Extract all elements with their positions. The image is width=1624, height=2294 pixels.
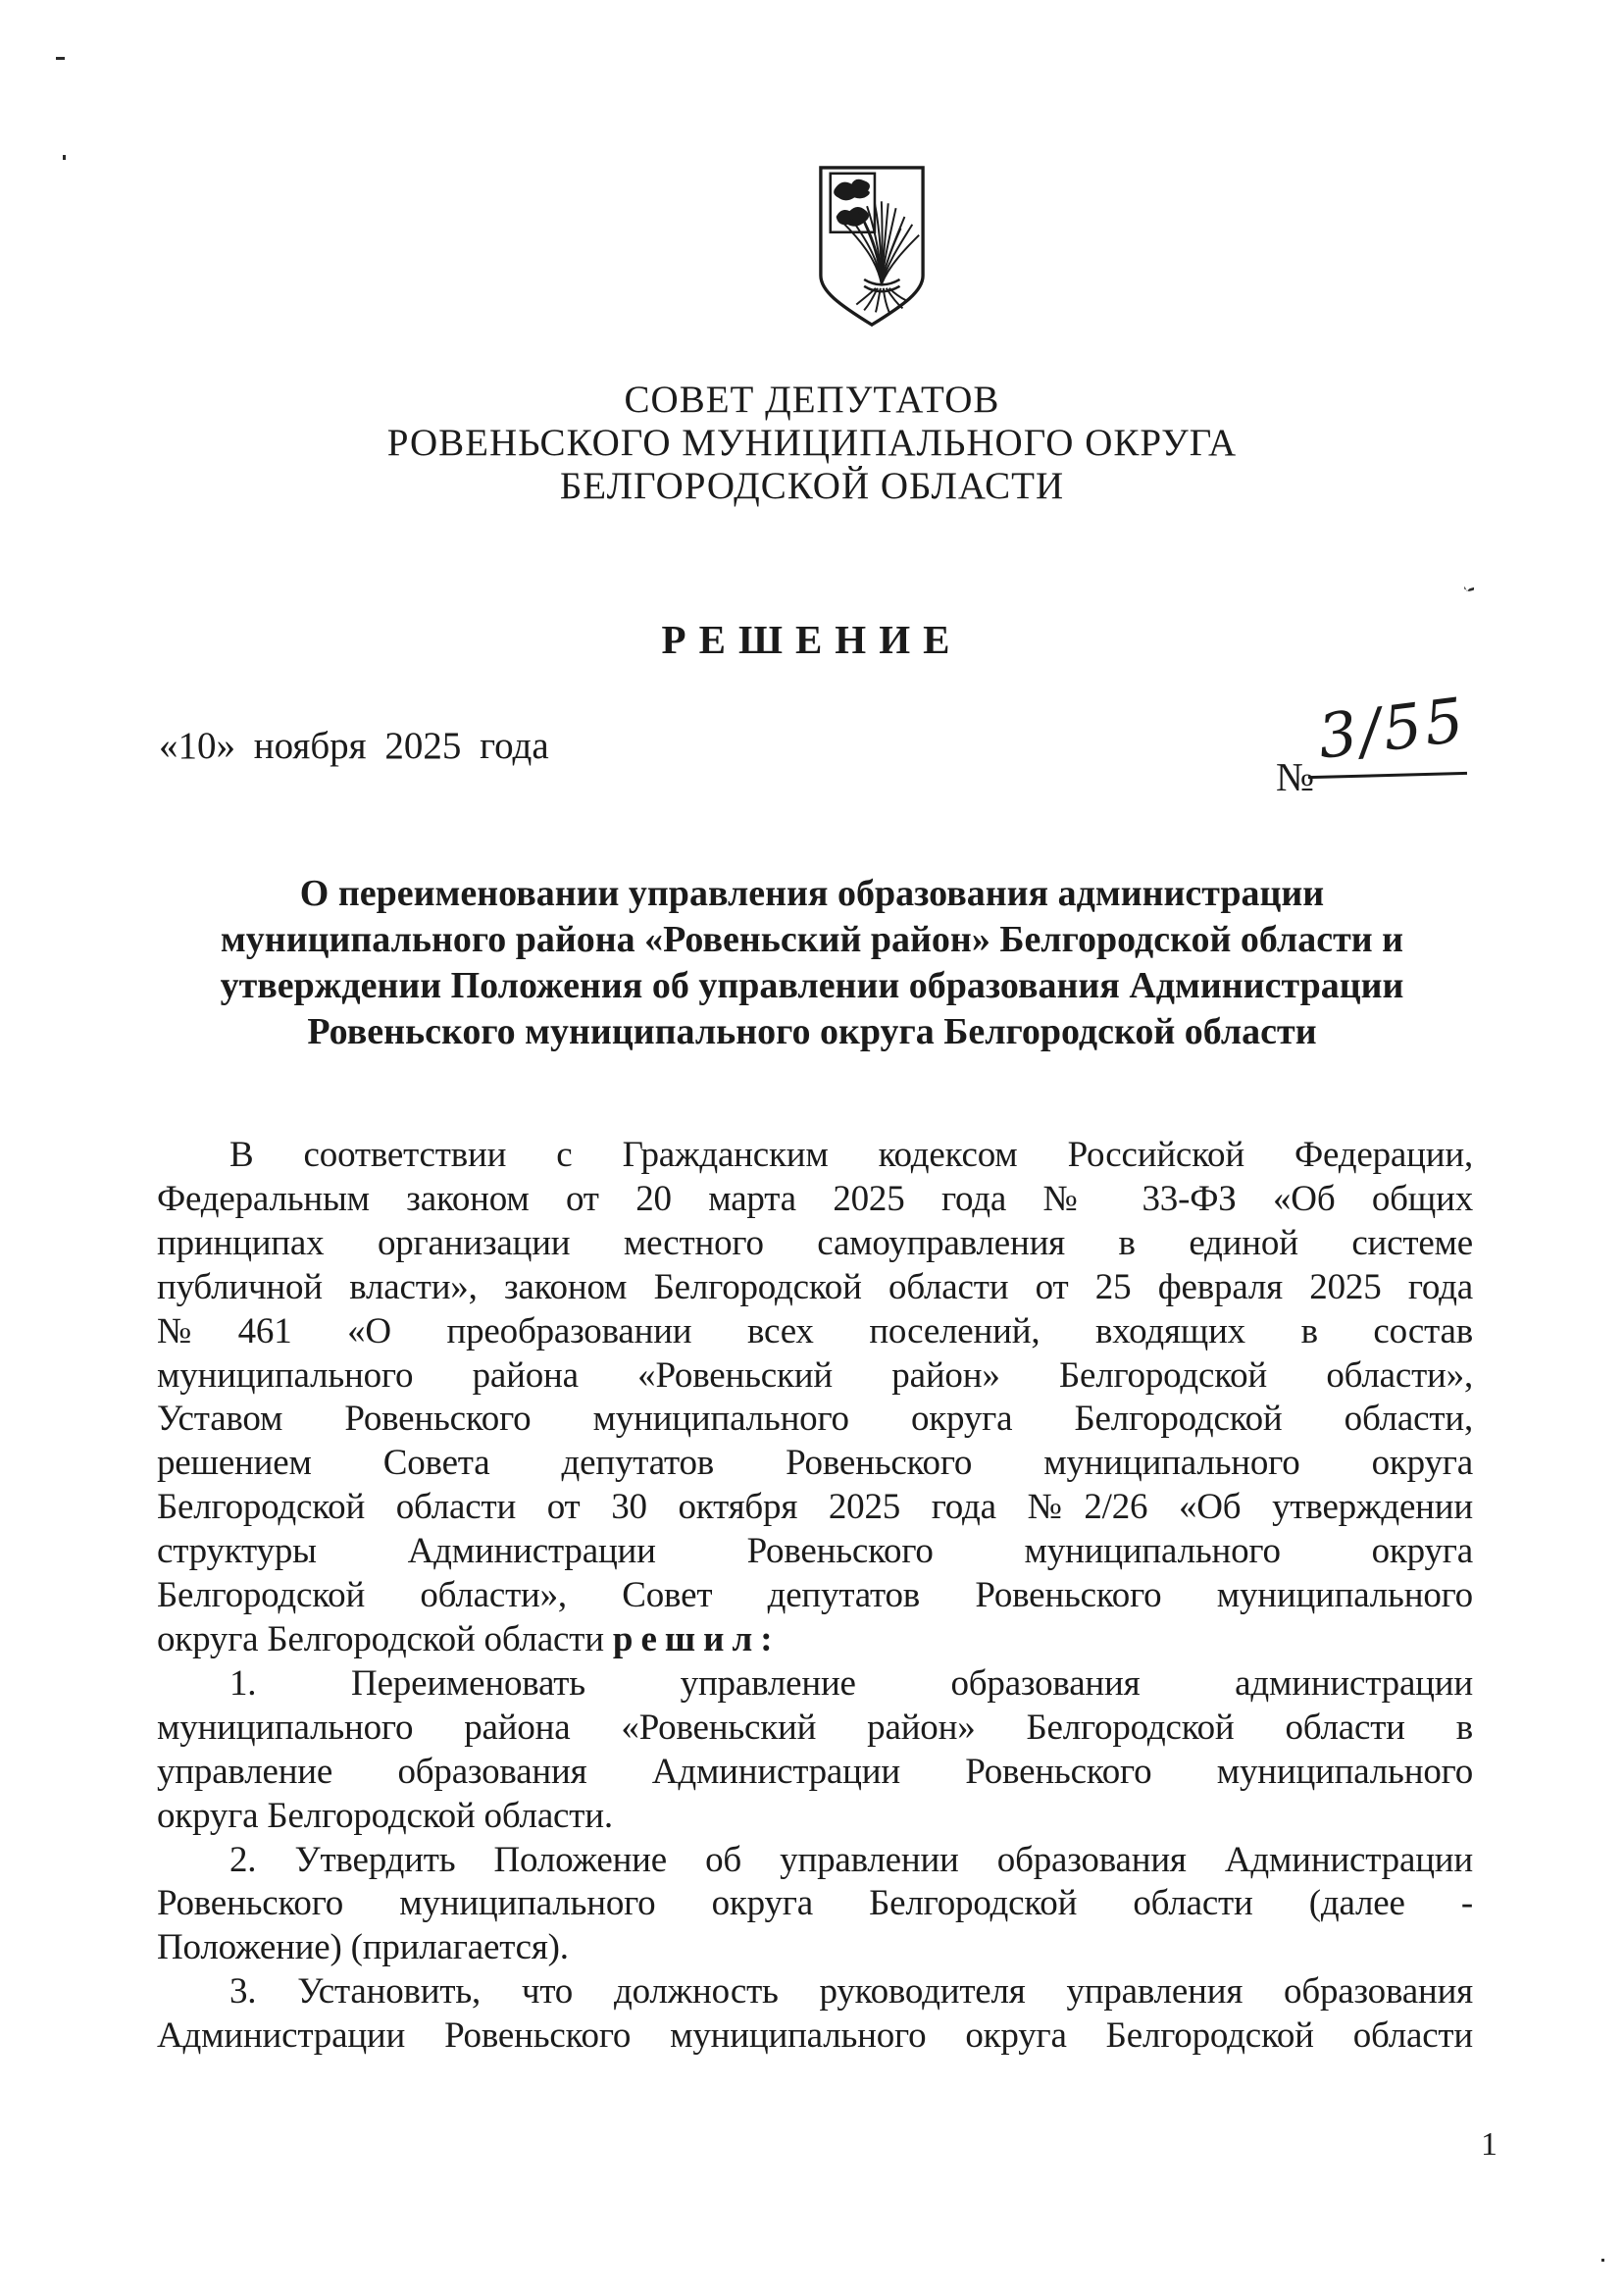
number-handwritten-value: 3/55 [1314, 684, 1470, 773]
scan-speck [63, 155, 66, 160]
resolution-word: решил: [613, 1619, 781, 1659]
body-line: решением Совета депутатов Ровеньского му… [157, 1442, 1473, 1486]
organization-header: СОВЕТ ДЕПУТАТОВ РОВЕНЬСКОГО МУНИЦИПАЛЬНО… [155, 379, 1469, 508]
body-line-item3: 3. Установить, что должность руководител… [157, 1970, 1473, 2014]
page-number: 1 [1481, 2126, 1497, 2164]
org-name-line-3: БЕЛГОРОДСКОЙ ОБЛАСТИ [155, 465, 1469, 508]
resolution-lead-text: округа Белгородской области [157, 1619, 613, 1659]
document-type-heading: РЕШЕНИЕ [155, 616, 1469, 663]
body-line: управление образования Администрации Ров… [157, 1751, 1473, 1795]
body-line: Положение) (прилагается). [157, 1926, 1473, 1970]
body-line: Белгородской области», Совет депутатов Р… [157, 1574, 1473, 1618]
title-line: Ровеньского муниципального округа Белгор… [155, 1009, 1469, 1055]
number-underline [1308, 772, 1467, 779]
body-line: муниципального района «Ровеньский район»… [157, 1354, 1473, 1399]
body-line: Ровеньского муниципального округа Белгор… [157, 1882, 1473, 1926]
body-line-item2: 2. Утвердить Положение об управлении обр… [157, 1839, 1473, 1883]
body-line: Уставом Ровеньского муниципального округ… [157, 1398, 1473, 1442]
document-body: В соответствии с Гражданским кодексом Ро… [157, 1134, 1473, 2059]
body-line: №461 «О преобразовании всех поселений, в… [157, 1310, 1473, 1354]
document-page: СОВЕТ ДЕПУТАТОВ РОВЕНЬСКОГО МУНИЦИПАЛЬНО… [0, 0, 1624, 2294]
body-line-resolution: округа Белгородской области решил: [157, 1618, 1473, 1662]
document-number: № 3/55 [1276, 726, 1479, 800]
body-line: публичной власти», законом Белгородской … [157, 1266, 1473, 1310]
date-number-row: «10» ноября 2025 года № 3/55 [159, 724, 1479, 800]
coat-of-arms-shield [814, 163, 930, 331]
body-line: муниципального района «Ровеньский район»… [157, 1707, 1473, 1751]
body-line: Федеральным законом от 20 марта 2025 год… [157, 1178, 1473, 1222]
body-line: Белгородской области от 30 октября 2025 … [157, 1486, 1473, 1530]
body-line: округа Белгородской области. [157, 1795, 1473, 1839]
title-line: муниципального района «Ровеньский район»… [155, 917, 1469, 963]
org-name-line-1: СОВЕТ ДЕПУТАТОВ [155, 379, 1469, 422]
body-line: Администрации Ровеньского муниципального… [157, 2014, 1473, 2059]
body-line: принципах организации местного самоуправ… [157, 1222, 1473, 1266]
body-line: В соответствии с Гражданским кодексом Ро… [157, 1134, 1473, 1178]
scan-speck [1601, 2259, 1604, 2262]
coat-of-arms [814, 163, 930, 336]
title-line: утверждении Положения об управлении обра… [155, 963, 1469, 1009]
scan-speck [1464, 586, 1475, 591]
document-date: «10» ноября 2025 года [159, 724, 549, 768]
title-line: О переименовании управления образования … [155, 871, 1469, 917]
document-title: О переименовании управления образования … [155, 871, 1469, 1055]
body-line-item1: 1. Переименовать управление образования … [157, 1662, 1473, 1707]
body-line: структуры Администрации Ровеньского муни… [157, 1530, 1473, 1574]
scan-speck [56, 57, 65, 60]
org-name-line-2: РОВЕНЬСКОГО МУНИЦИПАЛЬНОГО ОКРУГА [155, 422, 1469, 465]
